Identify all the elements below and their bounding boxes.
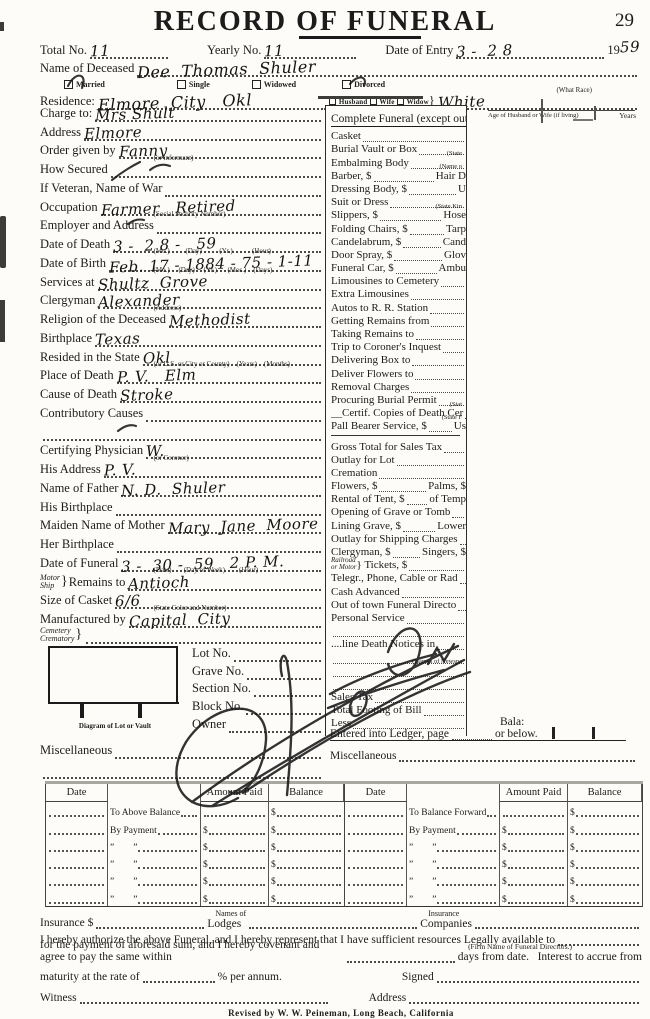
ship-label: Ship [40, 582, 60, 590]
marital-status-row: Married Single Widowed Divorced [40, 77, 640, 92]
entry-numbers-row: Total No. 11 Yearly No. 11 Date of Entry… [40, 40, 640, 59]
years-label: Years [619, 111, 636, 120]
date-of-entry-label: Date of Entry [385, 43, 453, 59]
crematory-label: Crematory [40, 635, 74, 643]
form-field-row: Address Elmore [40, 122, 324, 141]
total-no-label: Total No. [40, 43, 87, 59]
husband-checkbox [329, 98, 336, 105]
charges-misc-label: Miscellaneous [330, 750, 396, 762]
charge-item-row [331, 677, 466, 690]
charge-item-row: Outlay for Shipping Charges [331, 532, 466, 545]
form-field-row [40, 422, 324, 441]
charges-divider [331, 435, 460, 436]
balance-header: Balance [568, 784, 642, 802]
form-field-row: Date of Birth Feb. 17 - 1884 - 75 - 1-11… [40, 253, 324, 272]
lodges-label: Lodges [207, 919, 246, 929]
form-field-row: Order given by Fanny (or informant) [40, 141, 324, 160]
payment-row: ” ” $ $ [46, 837, 344, 854]
form-field-row: Date of Funeral 3 - 30 - 59 2 P. M. (Dat… [40, 553, 324, 572]
left-rows-b: Size of Casket 6/6 (State Color and Numb… [40, 591, 324, 629]
form-field-row: How Secured [40, 159, 324, 178]
handwritten-value: Elmore [84, 122, 143, 142]
charge-item-row [331, 624, 466, 637]
form-field-row: Her Birthplace [40, 534, 324, 553]
charge-item-row: Out of town Funeral Directo [331, 598, 466, 611]
witness-label: Witness [40, 992, 77, 1004]
what-race-note: (What Race) [556, 86, 592, 94]
payment-row: By Payment $ $ [345, 819, 642, 836]
charge-item-row: Opening of Grave or Tomb [331, 505, 466, 518]
lot-diagram-caption: Diagram of Lot or Vault [40, 722, 190, 730]
legal-text-3-tail: % per annum. [218, 971, 282, 983]
married-checkbox [64, 80, 73, 89]
charge-item-row: Autos to R. R. Station [331, 300, 466, 313]
charge-item-row: Rental of Tent, $ of Temp [331, 492, 466, 505]
charge-item-row: Flowers, $ Palms, $ [331, 479, 466, 492]
charge-item-row: Dressing Body, $ U [331, 182, 466, 195]
legal-text-3: maturity at the rate of [40, 971, 140, 983]
widowed-label: Widowed [264, 80, 296, 89]
charge-item-row: Taking Remains to [331, 327, 466, 340]
charge-item-row: Door Spray, $ Glov [331, 248, 466, 261]
motor-ship-brace: } [61, 574, 68, 590]
footer-section: Insurance $ Names ofLodges InsuranceComp… [40, 907, 642, 1018]
charge-item-row: Deliver Flowers to [331, 366, 466, 379]
miscellaneous-label: Miscellaneous [40, 743, 112, 759]
companies-label: Companies [420, 919, 472, 929]
charge-item-row: Lining Grave, $ Lower [331, 518, 466, 531]
charge-item-row [331, 664, 466, 677]
form-field-row: Cause of Death Stroke [40, 384, 324, 403]
charge-item-row: Slippers, $ Hose [331, 208, 466, 221]
charge-item-row: Telegr., Phone, Cable or Rad [331, 571, 466, 584]
charge-item-row: Limousines to Cemetery [331, 274, 466, 287]
payment-row: ” ” $ $ [345, 837, 642, 854]
single-label: Single [189, 80, 210, 89]
entered-into-ledger-row: Entered into Ledger, page or below. [330, 726, 626, 741]
charge-item-row: ....line Death Notices in [331, 637, 466, 650]
charges-miscellaneous-row: Miscellaneous [330, 748, 638, 762]
scan-artifact [573, 119, 593, 121]
ledger-tick-mark [552, 727, 555, 739]
charge-item-row: Outlay for Lot [331, 453, 466, 466]
lot-field-row: Owner [192, 715, 324, 733]
married-label: Married [76, 80, 105, 89]
year-printed: 19 [607, 43, 620, 59]
payment-row: To Balance Forward $ [345, 802, 642, 819]
form-field-row: Size of Casket 6/6 (State Color and Numb… [40, 591, 324, 610]
legal-text-2-tail: days from date. Interest to accrue from [458, 951, 642, 963]
form-field-row: Date of Death 3 - 2 8 - 59 (Mo.) (Day) (… [40, 234, 324, 253]
charge-item-row: (Names of Newspa [331, 650, 466, 663]
form-field-row: Religion of the Deceased Methodist [40, 309, 324, 328]
payment-row: To Above Balance $ [46, 802, 344, 819]
form-field-row: His Birthplace [40, 497, 324, 516]
balance-header: Balance [269, 784, 344, 802]
charge-item-row: Embalming Body (Name o [331, 155, 466, 168]
amount-paid-header: Amount Paid [500, 784, 568, 802]
payment-ledger-table: Date Amount Paid Balance To Above Balanc… [45, 781, 643, 907]
name-of-deceased-label: Name of Deceased [40, 61, 134, 77]
divorced-label: Divorced [354, 80, 385, 89]
lot-section: Diagram of Lot or Vault Lot No. Grave No… [40, 644, 324, 739]
charges-box: Complete Funeral (except outl Casket Bur… [325, 105, 467, 736]
insurance-row: Insurance $ Names ofLodges InsuranceComp… [40, 907, 642, 929]
charge-item-row: Delivering Box to [331, 353, 466, 366]
form-field-row: Maiden Name of Mother Mary Jane Moore [40, 516, 324, 535]
lot-diagram-box [48, 646, 178, 704]
age-note-rule [488, 110, 635, 111]
remains-to-label: Remains to [69, 575, 126, 591]
divorced-checkbox [342, 80, 351, 89]
charge-item-row: Extra Limousines [331, 287, 466, 300]
widowed-checkbox [252, 80, 261, 89]
form-field-row: If Veteran, Name of War [40, 178, 324, 197]
page-title: RECORD OF FUNERAL [0, 6, 650, 38]
field-cemetery-crematory: CemeteryCrematory } [40, 628, 324, 644]
scan-artifact [594, 106, 596, 120]
title-underline-artifact [299, 36, 421, 39]
insurance-label: Insurance $ [40, 917, 93, 929]
payment-row: ” ” $ $ [345, 871, 642, 888]
form-field-row: Certifying Physician W. (or Coroner) [40, 441, 324, 460]
ledger-tail: or below. [495, 728, 538, 740]
single-checkbox [177, 80, 186, 89]
charges-items-top: Casket Burial Vault or Box (State Embalm… [331, 129, 466, 432]
page-number: 29 [615, 10, 634, 32]
witness-address-row: Witness Address [40, 983, 642, 1004]
form-field-row: Charge to: Mrs Shult [40, 103, 324, 122]
age-note-label: Age of Husband or Wife (if living) [488, 112, 579, 119]
handwritten-value: Stroke [120, 385, 174, 405]
handwritten-value: Texas [95, 329, 141, 349]
form-field-row: Employer and Address [40, 216, 324, 235]
widow-checkbox [397, 98, 404, 105]
handwritten-value: 6/6 [115, 592, 141, 611]
charge-item-row: Cremation [331, 466, 466, 479]
charge-item-row: Getting Remains from [331, 314, 466, 327]
left-rows-a: Charge to: Mrs Shult Address Elmore Orde… [40, 103, 324, 572]
charge-item-row: Candelabrum, $ Cand [331, 235, 466, 248]
legal-line-3: maturity at the rate of % per annum. Sig… [40, 963, 642, 983]
form-field-row: Resided in the State Okl (or U.S. or Cit… [40, 347, 324, 366]
form-field-row: Manufactured by Capital City [40, 609, 324, 628]
charge-item-row: Removal Charges [331, 380, 466, 393]
lot-field-row: Lot No. [192, 644, 324, 662]
address-label: Address [369, 992, 407, 1004]
payment-table-right: Date Amount Paid Balance To Balance Forw… [344, 784, 643, 907]
ledger-label: Entered into Ledger, page [330, 728, 449, 740]
payment-row: ” ” $ $ [345, 854, 642, 871]
form-field-row: Occupation Farmer Retired (Social Securi… [40, 197, 324, 216]
amount-paid-header: Amount Paid [201, 784, 269, 802]
cemetery-brace: } [75, 627, 82, 643]
charge-item-row: Personal Service [331, 611, 466, 624]
form-field-row: Name of Father N. D. Shuler [40, 478, 324, 497]
charge-item-row: Cash Advanced [331, 584, 466, 597]
charge-item-row: Burial Vault or Box (State [331, 142, 466, 155]
charges-title: Complete Funeral (except outl [331, 113, 467, 127]
blank-dotted-row [40, 759, 324, 779]
charge-item-row: Railroador Motor } Tickets, $ [331, 558, 466, 571]
charge-item-row: Gross Total for Sales Tax [331, 439, 466, 452]
year-value: 59 [620, 38, 641, 57]
payment-row: ” ” $ $ [46, 871, 344, 888]
yearly-no-label: Yearly No. [207, 43, 261, 59]
form-field-row: Place of Death P. V. Elm [40, 366, 324, 385]
legal-text-2: for the payment of aforesaid sum, and I … [40, 939, 344, 963]
form-field-row: Clergyman Alexander (Address) [40, 291, 324, 310]
form-field-row: Services at Shultz Grove [40, 272, 324, 291]
form-field-row: His Address P. V. [40, 459, 324, 478]
charges-items-bottom: Gross Total for Sales Tax Outlay for Lot… [331, 439, 466, 729]
handwritten-value: P. V. [103, 460, 136, 479]
charge-item-row: Procuring Burial Permit (Stat [331, 393, 466, 406]
wife-checkbox [370, 98, 377, 105]
signed-label: Signed [402, 971, 434, 983]
field-miscellaneous: Miscellaneous [40, 739, 324, 759]
ledger-tick-mark [592, 727, 595, 739]
form-field-row: Birthplace Texas [40, 328, 324, 347]
charge-item-row: Barber, $ Hair D [331, 169, 466, 182]
charge-item-row: __Certif. Copies of Death Cer (State F [331, 406, 466, 419]
lot-field-row: Grave No. [192, 662, 324, 680]
field-remains-to: MotorShip } Remains to Antioch [40, 572, 324, 591]
charge-item-row: Sales Tax [331, 690, 466, 703]
charge-item-row: Trip to Coroner's Inquest [331, 340, 466, 353]
charge-item-row: Folding Chairs, $ Tarp [331, 221, 466, 234]
payment-table-left: Date Amount Paid Balance To Above Balanc… [45, 784, 344, 907]
left-field-column: Charge to: Mrs Shult Address Elmore Orde… [40, 103, 324, 779]
lot-field-row: Block No. [192, 697, 324, 715]
scan-artifact [318, 96, 423, 99]
legal-line-2: for the payment of aforesaid sum, and I … [40, 946, 642, 963]
scan-artifact [541, 99, 543, 123]
charge-item-row: Suit or Dress (State Kin [331, 195, 466, 208]
revised-by-note: Revised by W. W. Peineman, Long Beach, C… [40, 1008, 642, 1018]
lot-field-row: Section No. [192, 680, 324, 698]
date-header: Date [46, 784, 108, 802]
form-field-row: Contributory Causes [40, 403, 324, 422]
payment-row: ” ” $ $ [46, 888, 344, 905]
charge-item-row: Pall Bearer Service, $ Us [331, 419, 466, 432]
scan-artifact [0, 300, 5, 342]
scanned-funeral-record: RECORD OF FUNERAL 29 Total No. 11 Yearly… [0, 0, 650, 1019]
lot-fields: Lot No. Grave No. Section No. Bl [192, 644, 324, 733]
scan-artifact [0, 22, 4, 31]
charge-item-row: Casket [331, 129, 466, 142]
name-of-deceased-row: Name of Deceased Dee Thomas Shuler [40, 59, 640, 77]
payment-row: ” ” $ $ [345, 888, 642, 905]
payment-row: ” ” $ $ [46, 854, 344, 871]
total-no-value: 11 [90, 42, 111, 61]
payment-row: By Payment $ $ [46, 819, 344, 836]
date-of-entry-value: 3 - 2 8 [456, 41, 513, 61]
charge-item-row: Total Footing of Bill [331, 703, 466, 716]
charge-item-row: Funeral Car, $ Ambu [331, 261, 466, 274]
date-header: Date [345, 784, 407, 802]
scan-artifact [0, 216, 6, 268]
